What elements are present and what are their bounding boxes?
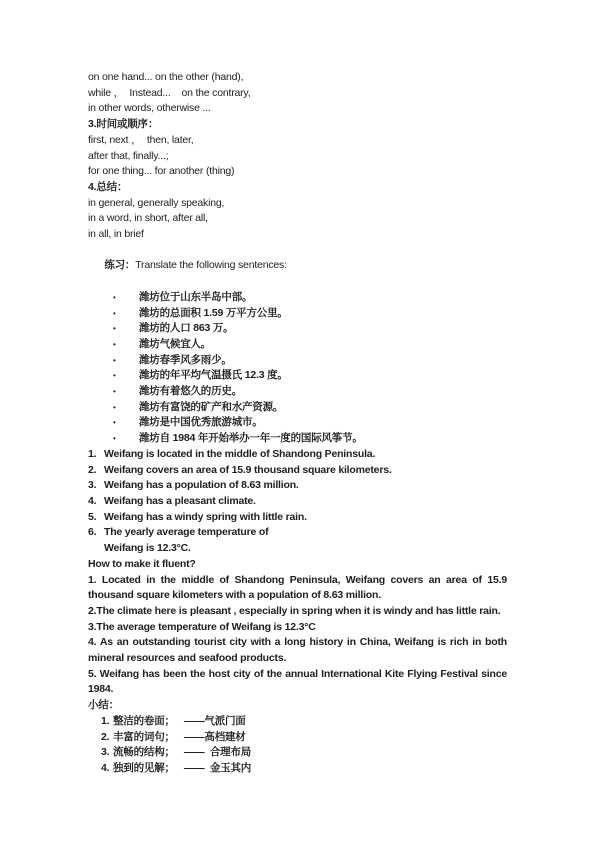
exercise-instruction-line: 练习：Translate the following sentences: xyxy=(88,243,507,290)
bullet-item-text: 潍坊位于山东半岛中部。 xyxy=(139,290,507,306)
conclusion-item: 2. 丰富的词句； ——高档建材 xyxy=(88,730,507,746)
bullet-icon: • xyxy=(113,415,139,431)
bullet-item: • 潍坊的人口 863 万。 xyxy=(88,321,507,337)
bullet-icon: • xyxy=(113,337,139,353)
text-line: on one hand... on the other (hand), xyxy=(88,70,507,86)
list-number: 3. xyxy=(88,478,104,494)
bullet-icon: • xyxy=(113,353,139,369)
document-body: on one hand... on the other (hand), whil… xyxy=(88,70,507,777)
exercise-label: 练习： xyxy=(104,259,135,271)
conclusion-annotation: ——气派门面 xyxy=(184,714,246,730)
fluency-paragraph: 2.The climate here is pleasant , especia… xyxy=(88,604,507,620)
text-line: in all, in brief xyxy=(88,227,507,243)
bullet-item: • 潍坊位于山东半岛中部。 xyxy=(88,290,507,306)
list-number: 4. xyxy=(88,494,104,510)
translation-text: Weifang is located in the middle of Shan… xyxy=(104,447,375,463)
list-number: 6. xyxy=(88,525,104,541)
fluency-paragraph: 1. Located in the middle of Shandong Pen… xyxy=(88,573,507,604)
text-line: while ， Instead... on the contrary, xyxy=(88,86,507,102)
conclusion-label: 独到的见解； xyxy=(113,761,175,777)
bullet-item-text: 潍坊的年平均气温摄氏 12.3 度。 xyxy=(139,368,507,384)
bullet-item-text: 潍坊气候宜人。 xyxy=(139,337,507,353)
bullet-icon: • xyxy=(113,400,139,416)
text-line: in general, generally speaking, xyxy=(88,196,507,212)
bullet-icon: • xyxy=(113,384,139,400)
bullet-icon: • xyxy=(113,306,139,322)
list-number: 4. xyxy=(101,761,113,777)
translation-text-continued: Weifang is 12.3°C. xyxy=(88,541,507,557)
text-line: in a word, in short, after all, xyxy=(88,211,507,227)
bullet-icon: • xyxy=(113,431,139,447)
bullet-item: • 潍坊的总面积 1.59 万平方公里。 xyxy=(88,306,507,322)
translation-item: 3. Weifang has a population of 8.63 mill… xyxy=(88,478,507,494)
translation-item: 2. Weifang covers an area of 15.9 thousa… xyxy=(88,463,507,479)
list-number: 2. xyxy=(101,730,113,746)
conclusion-item: 4. 独到的见解； —— 金玉其内 xyxy=(88,761,507,777)
conclusion-label: 丰富的词句； xyxy=(113,730,175,746)
list-number: 5. xyxy=(88,510,104,526)
bullet-item-text: 潍坊有富饶的矿产和水产资源。 xyxy=(139,400,507,416)
fluency-question: How to make it fluent? xyxy=(88,557,507,573)
conclusion-item: 1. 整洁的卷面； ——气派门面 xyxy=(88,714,507,730)
conclusion-label: 整洁的卷面； xyxy=(113,714,175,730)
translation-item: 6. The yearly average temperature of xyxy=(88,525,507,541)
conclusion-annotation: —— 金玉其内 xyxy=(184,761,251,777)
conclusion-label: 流畅的结构； xyxy=(113,745,175,761)
text-line: for one thing... for another (thing) xyxy=(88,164,507,180)
section-heading-time-order: 3.时间或顺序： xyxy=(88,117,507,133)
bullet-item-text: 潍坊有着悠久的历史。 xyxy=(139,384,507,400)
fluency-paragraph: 5. Weifang has been the host city of the… xyxy=(88,667,507,698)
bullet-icon: • xyxy=(113,290,139,306)
text-line: first, next ， then, later, xyxy=(88,133,507,149)
bullet-item: • 潍坊有富饶的矿产和水产资源。 xyxy=(88,400,507,416)
bullet-item: • 潍坊气候宜人。 xyxy=(88,337,507,353)
fluency-paragraph: 3.The average temperature of Weifang is … xyxy=(88,620,507,636)
section-heading-summary: 4.总结： xyxy=(88,180,507,196)
bullet-item: • 潍坊春季风多雨少。 xyxy=(88,353,507,369)
translation-text: Weifang has a population of 8.63 million… xyxy=(104,478,299,494)
conclusion-annotation: ——高档建材 xyxy=(184,730,246,746)
list-number: 1. xyxy=(88,447,104,463)
bullet-item: • 潍坊的年平均气温摄氏 12.3 度。 xyxy=(88,368,507,384)
conclusion-annotation: —— 合理布局 xyxy=(184,745,251,761)
list-number: 1. xyxy=(101,714,113,730)
conclusion-heading: 小结： xyxy=(88,698,507,714)
translation-item: 1. Weifang is located in the middle of S… xyxy=(88,447,507,463)
fluency-paragraph: 4. As an outstanding tourist city with a… xyxy=(88,635,507,666)
bullet-item-text: 潍坊的总面积 1.59 万平方公里。 xyxy=(139,306,507,322)
bullet-item-text: 潍坊春季风多雨少。 xyxy=(139,353,507,369)
bullet-item-text: 潍坊自 1984 年开始举办一年一度的国际风筝节。 xyxy=(139,431,507,447)
text-line: in other words, otherwise ... xyxy=(88,101,507,117)
translation-text: Weifang covers an area of 15.9 thousand … xyxy=(104,463,392,479)
translation-item: 4. Weifang has a pleasant climate. xyxy=(88,494,507,510)
bullet-item-text: 潍坊是中国优秀旅游城市。 xyxy=(139,415,507,431)
bullet-icon: • xyxy=(113,368,139,384)
bullet-item-text: 潍坊的人口 863 万。 xyxy=(139,321,507,337)
list-number: 3. xyxy=(101,745,113,761)
list-number: 2. xyxy=(88,463,104,479)
conclusion-item: 3. 流畅的结构； —— 合理布局 xyxy=(88,745,507,761)
bullet-item: • 潍坊自 1984 年开始举办一年一度的国际风筝节。 xyxy=(88,431,507,447)
bullet-icon: • xyxy=(113,321,139,337)
bullet-item: • 潍坊是中国优秀旅游城市。 xyxy=(88,415,507,431)
translation-text: Weifang has a pleasant climate. xyxy=(104,494,256,510)
translation-item: 5. Weifang has a windy spring with littl… xyxy=(88,510,507,526)
text-line: after that, finally...; xyxy=(88,149,507,165)
translation-text: Weifang has a windy spring with little r… xyxy=(104,510,307,526)
document-page: on one hand... on the other (hand), whil… xyxy=(0,0,595,842)
exercise-instruction: Translate the following sentences: xyxy=(135,259,287,271)
translation-text: The yearly average temperature of xyxy=(104,525,268,541)
bullet-item: • 潍坊有着悠久的历史。 xyxy=(88,384,507,400)
